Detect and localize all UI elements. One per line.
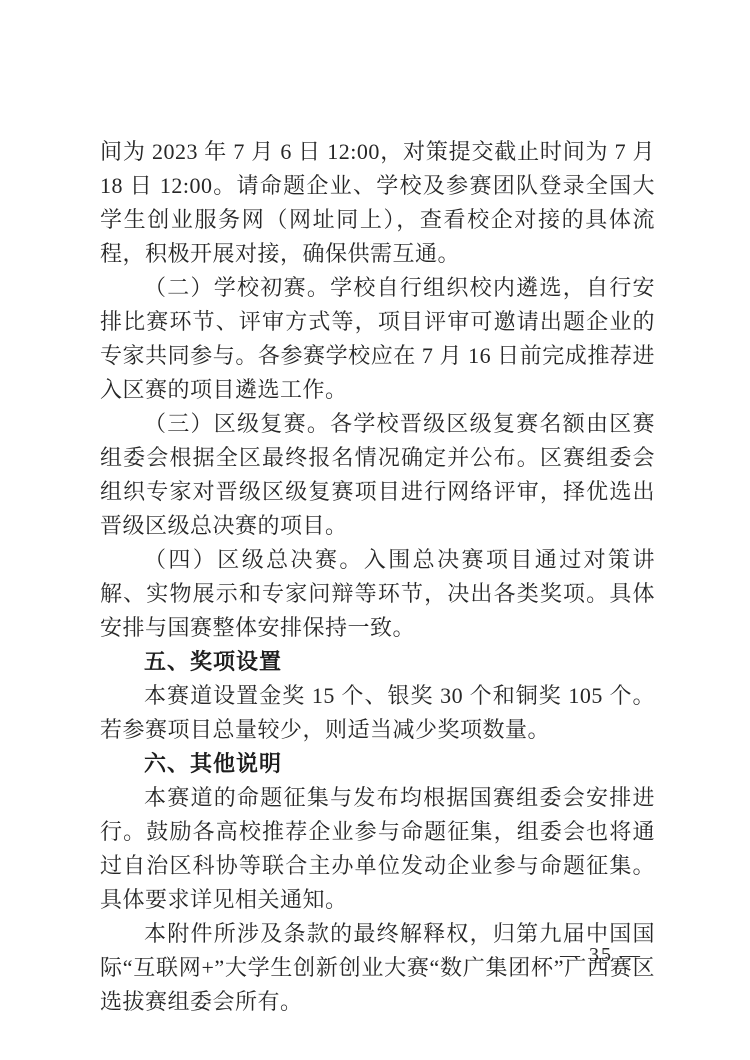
document-body: 间为 2023 年 7 月 6 日 12:00，对策提交截止时间为 7 月 18… [100,135,655,1019]
paragraph-regional-final: （四）区级总决赛。入围总决赛项目通过对策讲解、实物展示和专家问辩等环节，决出各类… [100,543,655,645]
section-heading-other-notes: 六、其他说明 [100,747,655,781]
paragraph-interpretation-rights: 本附件所涉及条款的最终解释权，归第九届中国国际“互联网+”大学生创新创业大赛“数… [100,917,655,1019]
paragraph-awards-detail: 本赛道设置金奖 15 个、银奖 30 个和铜奖 105 个。若参赛项目总量较少，… [100,679,655,747]
paragraph-regional-semifinal: （三）区级复赛。各学校晋级区级复赛名额由区赛组委会根据全区最终报名情况确定并公布… [100,407,655,543]
page-number: — 35 — [560,943,642,967]
paragraph-school-preliminary: （二）学校初赛。学校自行组织校内遴选，自行安排比赛环节、评审方式等，项目评审可邀… [100,271,655,407]
paragraph-deadline-info: 间为 2023 年 7 月 6 日 12:00，对策提交截止时间为 7 月 18… [100,135,655,271]
paragraph-topic-collection: 本赛道的命题征集与发布均根据国赛组委会安排进行。鼓励各高校推荐企业参与命题征集，… [100,781,655,917]
document-page: 间为 2023 年 7 月 6 日 12:00，对策提交截止时间为 7 月 18… [0,0,750,1060]
section-heading-awards: 五、奖项设置 [100,645,655,679]
